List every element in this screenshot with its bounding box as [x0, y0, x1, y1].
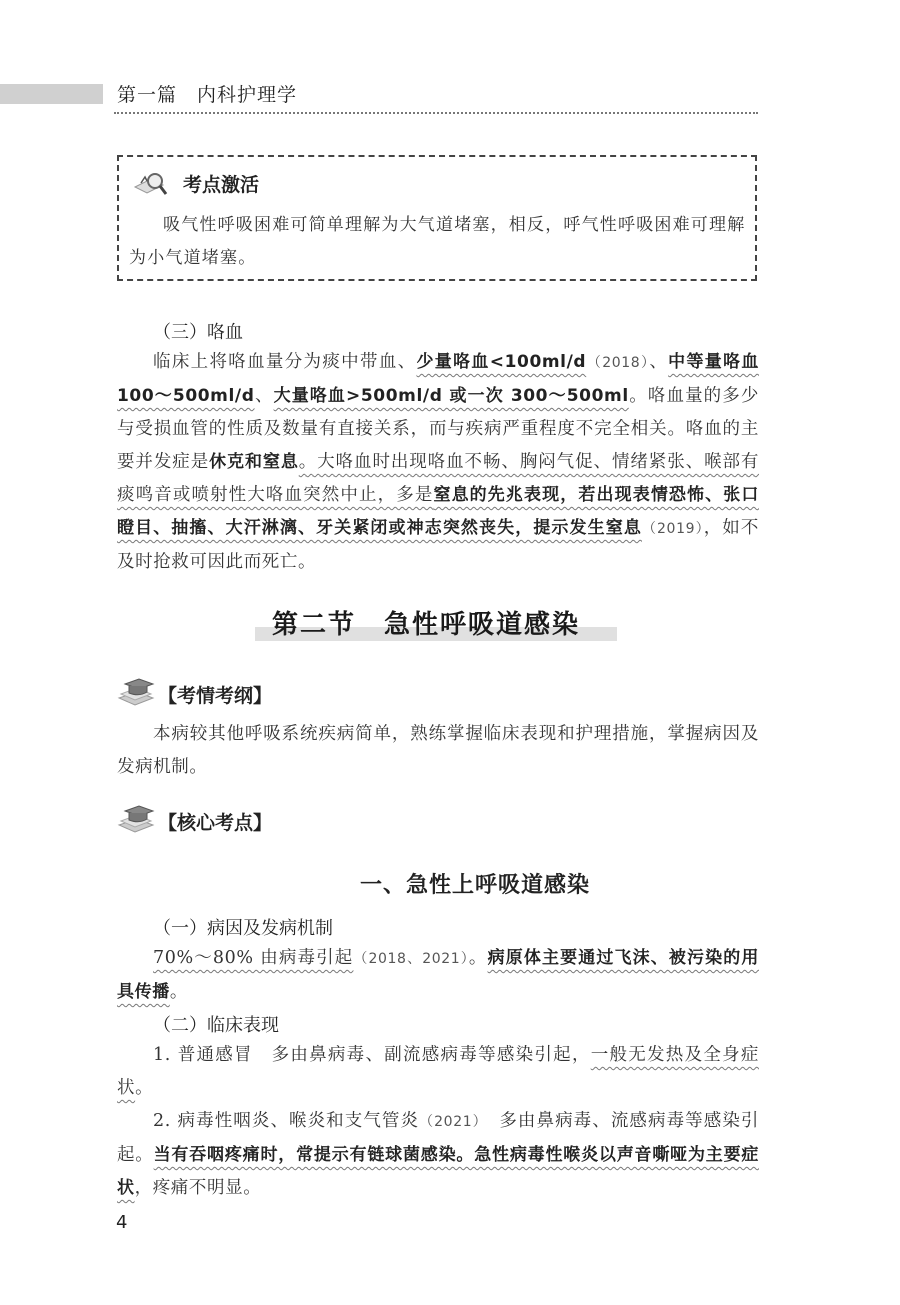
running-header-title: 第一篇 内科护理学 [117, 80, 297, 107]
text: 1. 普通感冒 多由鼻病毒、副流感病毒等感染引起， [153, 1045, 591, 1065]
key-point: 休克和窒息 [209, 452, 299, 472]
heading-urti: 一、急性上呼吸道感染 [0, 868, 900, 899]
header-gray-bar [0, 84, 103, 104]
tip-box: 考点激活 吸气性呼吸困难可简单理解为大气道堵塞，相反，呼气性呼吸困难可理解为小气… [117, 155, 757, 281]
core-points-title: 【核心考点】 [158, 808, 272, 835]
heading-text: 一、急性上呼吸道感染 [360, 873, 590, 898]
exam-year: （2018） [586, 355, 649, 371]
paragraph-viral-pharyngitis: 2. 病毒性咽炎、喉炎和支气管炎（2021） 多由鼻病毒、流感病毒等感染引起。当… [117, 1105, 759, 1205]
exam-outline-title: 【考情考纲】 [158, 681, 272, 708]
text: 2. 病毒性咽炎、喉炎和支气管炎 [153, 1111, 419, 1131]
subheading-clinical: （二）临床表现 [153, 1011, 279, 1037]
text: 、 [649, 352, 668, 372]
page-number: 4 [116, 1212, 127, 1233]
tip-body: 吸气性呼吸困难可简单理解为大气道堵塞，相反，呼气性呼吸困难可理解为小气道堵塞。 [129, 209, 749, 275]
text-underlined: 70%～80% 由病毒引起 [153, 948, 353, 968]
subheading-hemoptysis: （三）咯血 [153, 318, 243, 344]
text: 、 [255, 386, 274, 406]
text: 。 [469, 948, 488, 968]
subheading-cause: （一）病因及发病机制 [153, 914, 333, 940]
exam-year: （2019） [642, 521, 704, 537]
paragraph-cause: 70%～80% 由病毒引起（2018、2021）。病原体主要通过飞沫、被污染的用… [117, 942, 759, 1009]
key-point: 大量咯血>500ml/d 或一次 300～500ml [274, 386, 629, 406]
exam-year: （2018、2021） [353, 951, 469, 967]
paragraph-common-cold: 1. 普通感冒 多由鼻病毒、副流感病毒等感染引起，一般无发热及全身症状。 [117, 1039, 759, 1105]
graduation-cap-book-icon [117, 676, 157, 708]
text: 。 [170, 982, 188, 1002]
exam-year: （2021） [419, 1114, 481, 1130]
text: 。 [135, 1078, 153, 1098]
section-title: 第二节 急性呼吸道感染 [272, 604, 580, 641]
tip-title: 考点激活 [183, 170, 259, 197]
key-point: 少量咯血<100ml/d [416, 352, 586, 372]
text: 临床上将咯血量分为痰中带血、 [153, 352, 416, 372]
header-dotted-rule [114, 112, 758, 114]
paragraph-hemoptysis: 临床上将咯血量分为痰中带血、少量咯血<100ml/d（2018）、中等量咯血 1… [117, 346, 759, 579]
exam-outline-body: 本病较其他呼吸系统疾病简单，熟练掌握临床表现和护理措施，掌握病因及发病机制。 [117, 718, 759, 784]
text: ，疼痛不明显。 [135, 1178, 262, 1198]
magnifier-book-icon [133, 171, 169, 197]
graduation-cap-book-icon [117, 803, 157, 835]
